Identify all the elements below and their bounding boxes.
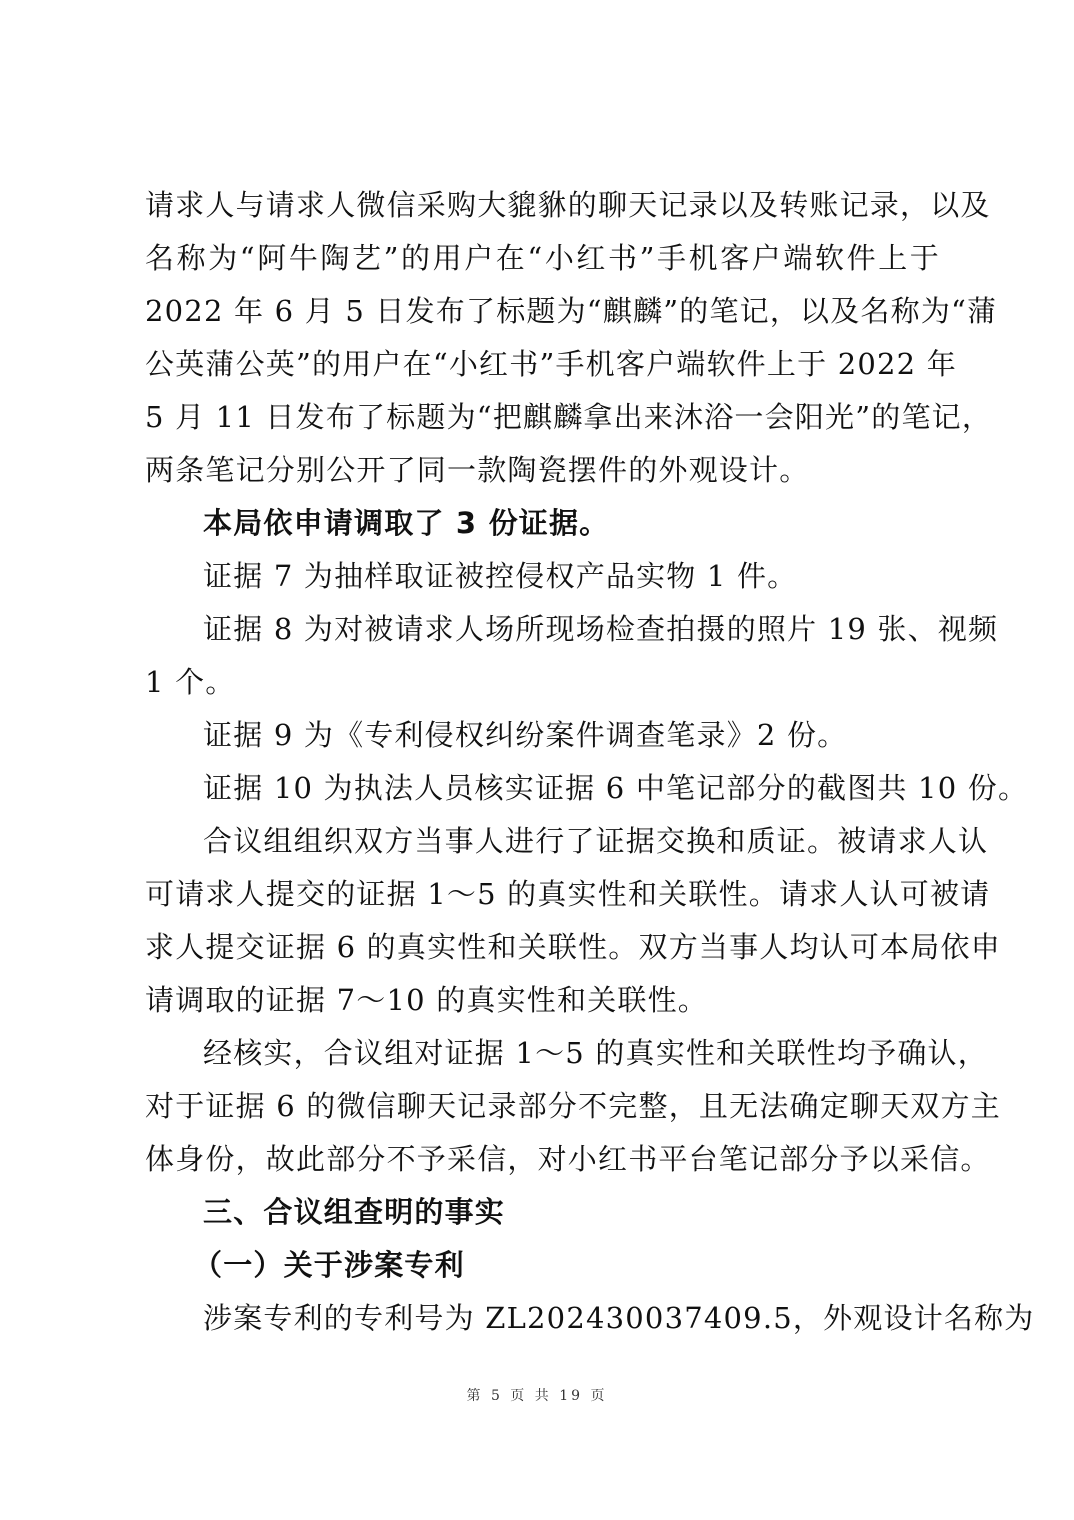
body-text-line: 涉案专利的专利号为 ZL202430037409.5，外观设计名称为 — [203, 1299, 940, 1337]
body-text-line: 2022 年 6 月 5 日发布了标题为“麒麟”的笔记，以及名称为“蒲 — [145, 292, 940, 330]
section-bold-statement: 本局依申请调取了 3 份证据。 — [203, 504, 609, 542]
section-heading: 三、合议组查明的事实 — [203, 1193, 505, 1231]
body-text-line: 5 月 11 日发布了标题为“把麒麟拿出来沐浴一会阳光”的笔记， — [145, 398, 940, 436]
body-text-line: 公英蒲公英”的用户在“小红书”手机客户端软件上于 2022 年 — [145, 345, 940, 383]
subsection-heading: （一）关于涉案专利 — [193, 1246, 465, 1284]
body-text-line: 可请求人提交的证据 1～5 的真实性和关联性。请求人认可被请 — [145, 875, 940, 913]
body-text-line: 求人提交证据 6 的真实性和关联性。双方当事人均认可本局依申 — [145, 928, 940, 966]
body-text-line: 请求人与请求人微信采购大貔貅的聊天记录以及转账记录，以及 — [145, 186, 940, 224]
evidence-item-9: 证据 9 为《专利侵权纠纷案件调查笔录》2 份。 — [203, 716, 847, 754]
body-text-line: 经核实，合议组对证据 1～5 的真实性和关联性均予确认， — [203, 1034, 940, 1072]
evidence-item-8: 证据 8 为对被请求人场所现场检查拍摄的照片 19 张、视频 — [203, 610, 940, 648]
page-number-footer: 第 5 页 共 19 页 — [0, 1385, 1074, 1405]
body-text-line: 体身份，故此部分不予采信，对小红书平台笔记部分予以采信。 — [145, 1140, 940, 1178]
body-text-line: 对于证据 6 的微信聊天记录部分不完整，且无法确定聊天双方主 — [145, 1087, 940, 1125]
body-text-line: 请调取的证据 7～10 的真实性和关联性。 — [145, 981, 708, 1019]
body-text-line: 两条笔记分别公开了同一款陶瓷摆件的外观设计。 — [145, 451, 809, 489]
evidence-item-7: 证据 7 为抽样取证被控侵权产品实物 1 件。 — [203, 557, 797, 595]
evidence-item-10: 证据 10 为执法人员核实证据 6 中笔记部分的截图共 10 份。 — [203, 769, 940, 807]
body-text-line: 合议组组织双方当事人进行了证据交换和质证。被请求人认 — [203, 822, 940, 860]
body-text-line: 1 个。 — [145, 663, 235, 701]
body-text-line: 名称为“阿牛陶艺”的用户在“小红书”手机客户端软件上于 — [145, 239, 940, 277]
